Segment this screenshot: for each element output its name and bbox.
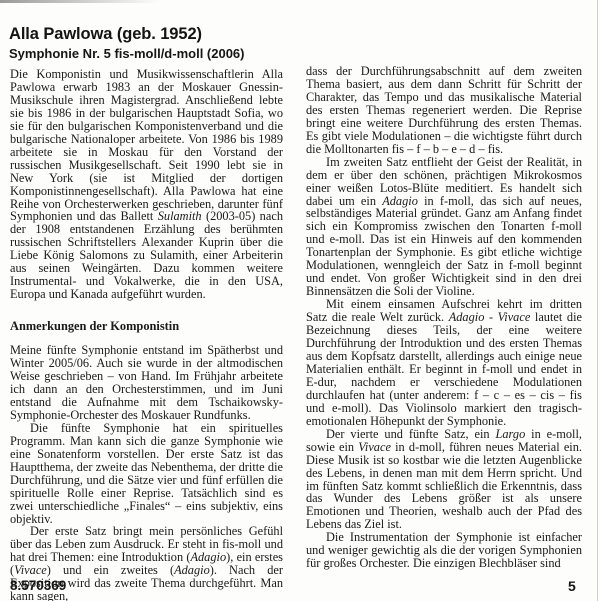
notes-paragraph-7: Der vierte und fünfte Satz, ein Largo in… bbox=[306, 428, 582, 532]
right-column: dass der Durchführungsabschnitt auf dem … bbox=[306, 65, 582, 570]
notes-paragraph-5: Im zweiten Satz entflieht der Geist der … bbox=[306, 156, 582, 298]
page-number: 5 bbox=[568, 578, 576, 594]
notes-paragraph-1: Meine fünfte Symphonie entstand im Späth… bbox=[10, 344, 283, 422]
scan-shadow bbox=[0, 0, 160, 3]
section-heading: Anmerkungen der Komponistin bbox=[10, 320, 283, 333]
notes-paragraph-2: Die fünfte Symphonie hat ein spirituelle… bbox=[10, 422, 283, 526]
composer-heading: Alla Pawlowa (geb. 1952) bbox=[9, 25, 202, 44]
left-column: Die Komponistin und Musikwissenschaftler… bbox=[10, 68, 283, 601]
notes-paragraph-8: Die Instrumentation der Symphonie ist ei… bbox=[306, 531, 582, 570]
notes-paragraph-4: dass der Durchführungsabschnitt auf dem … bbox=[306, 65, 582, 156]
biography-paragraph: Die Komponistin und Musikwissenschaftler… bbox=[10, 68, 283, 301]
work-title: Symphonie Nr. 5 fis-moll/d-moll (2006) bbox=[9, 46, 245, 61]
booklet-page: Alla Pawlowa (geb. 1952) Symphonie Nr. 5… bbox=[0, 0, 600, 601]
ballet-title: Sulamith bbox=[158, 209, 202, 223]
notes-paragraph-6: Mit einem einsamen Aufschrei kehrt im dr… bbox=[306, 298, 582, 428]
page-edge bbox=[597, 0, 598, 601]
catalog-number: 8.570369 bbox=[10, 578, 66, 593]
